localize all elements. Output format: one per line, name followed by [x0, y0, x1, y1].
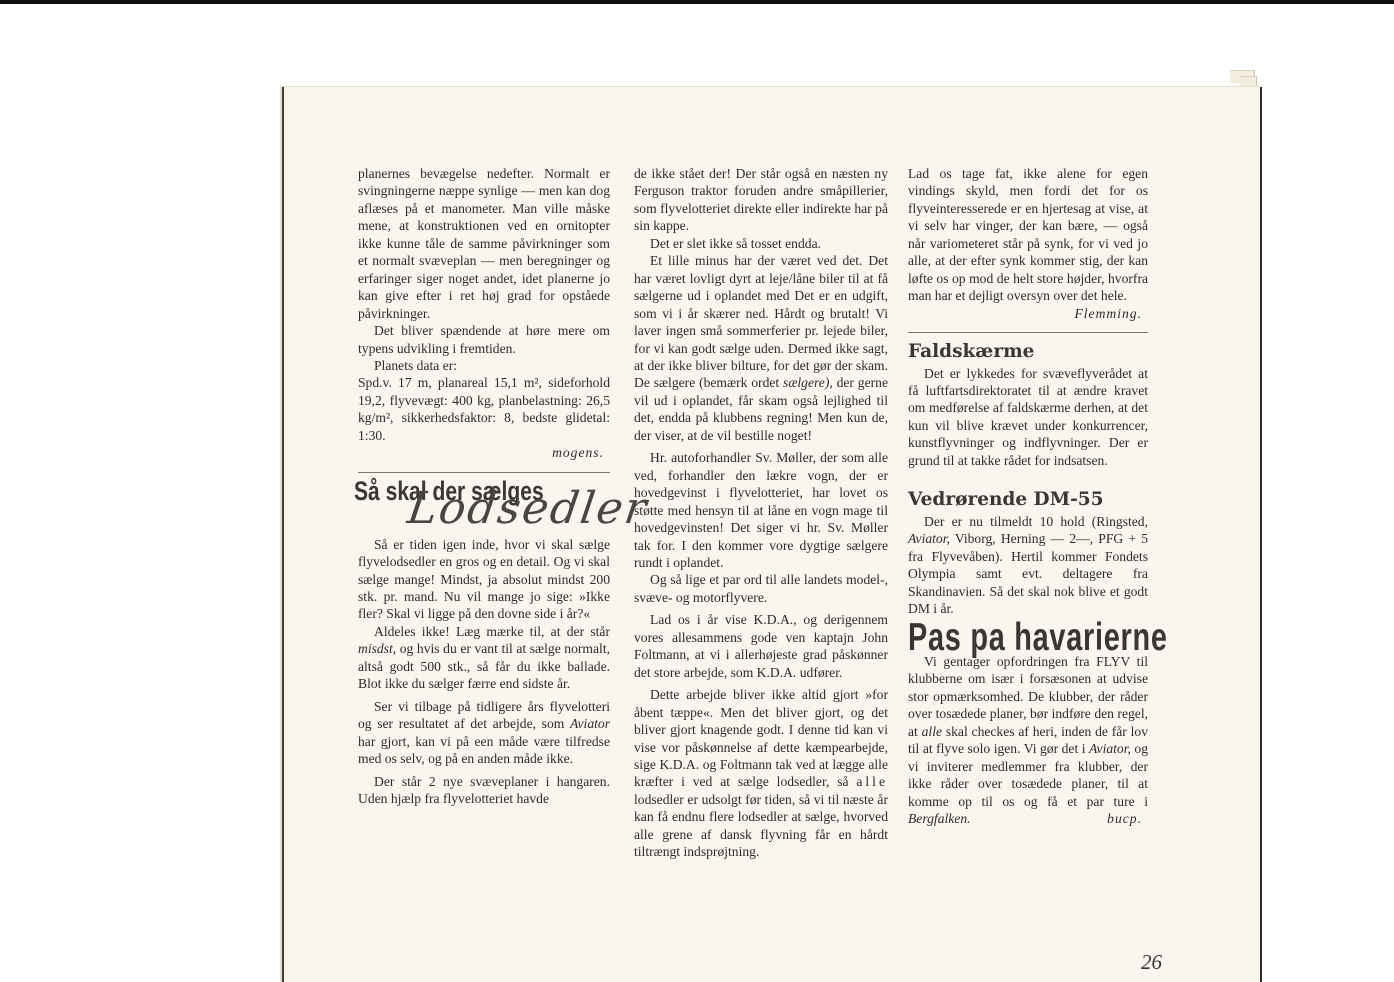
paragraph: Det bliver spændende at høre mere om typ…	[358, 322, 610, 357]
paragraph: Planets data er:	[358, 357, 610, 374]
section-heading: Vedrørende DM-55	[908, 491, 1148, 508]
divider	[358, 472, 610, 473]
specs-paragraph: Spd.v. 17 m, planareal 15,1 m², sideforh…	[358, 374, 610, 444]
paragraph: Et lille minus har der været ved det. De…	[634, 252, 888, 444]
page-number: 26	[1141, 950, 1162, 975]
section-heading: Faldskærme	[908, 343, 1148, 360]
paragraph: de ikke stået der! Der står også en næst…	[634, 165, 888, 235]
magazine-page: planernes bevægelse nedefter. Normalt er…	[280, 86, 1260, 982]
paragraph: Dette arbejde bliver ikke altid gjort »f…	[634, 686, 888, 861]
author-signature: mogens.	[358, 444, 610, 461]
paragraph: Så er tiden igen inde, hvor vi skal sælg…	[358, 536, 610, 623]
paragraph: planernes bevægelse nedefter. Normalt er…	[358, 165, 610, 322]
paragraph: Ser vi tilbage på tidligere års flyvelot…	[358, 698, 610, 768]
column-3: Lad os tage fat, ikke alene for egen vin…	[908, 165, 1148, 828]
scan-top-border	[0, 0, 1394, 4]
column-2: de ikke stået der! Der står også en næst…	[634, 165, 888, 861]
paragraph: Lad os i år vise K.D.A., og derigennem v…	[634, 611, 888, 681]
paragraph: Aldeles ikke! Læg mærke til, at der står…	[358, 623, 610, 693]
paragraph: Det er slet ikke så tosset endda.	[634, 235, 888, 252]
article-title-script: Lodsedler	[407, 500, 611, 517]
paragraph: Der er nu tilmeldt 10 hold (Ringsted, Av…	[908, 513, 1148, 618]
paragraph: Det er lykkedes for svæveflyverådet at f…	[908, 365, 1148, 470]
paragraph: Lad os tage fat, ikke alene for egen vin…	[908, 165, 1148, 305]
paragraph: Vi gentager opfordringen fra FLYV til kl…	[908, 653, 1148, 828]
column-1: planernes bevægelse nedefter. Normalt er…	[358, 165, 610, 807]
section-heading-bold: Pas pa havarierne	[908, 629, 1086, 646]
paragraph: Hr. autoforhandler Sv. Møller, der som a…	[634, 449, 888, 571]
paragraph: Og så lige et par ord til alle landets m…	[634, 571, 888, 606]
divider	[908, 332, 1148, 333]
author-signature: Flemming.	[908, 305, 1148, 322]
paragraph: Der står 2 nye svæveplaner i hangaren. U…	[358, 773, 610, 808]
